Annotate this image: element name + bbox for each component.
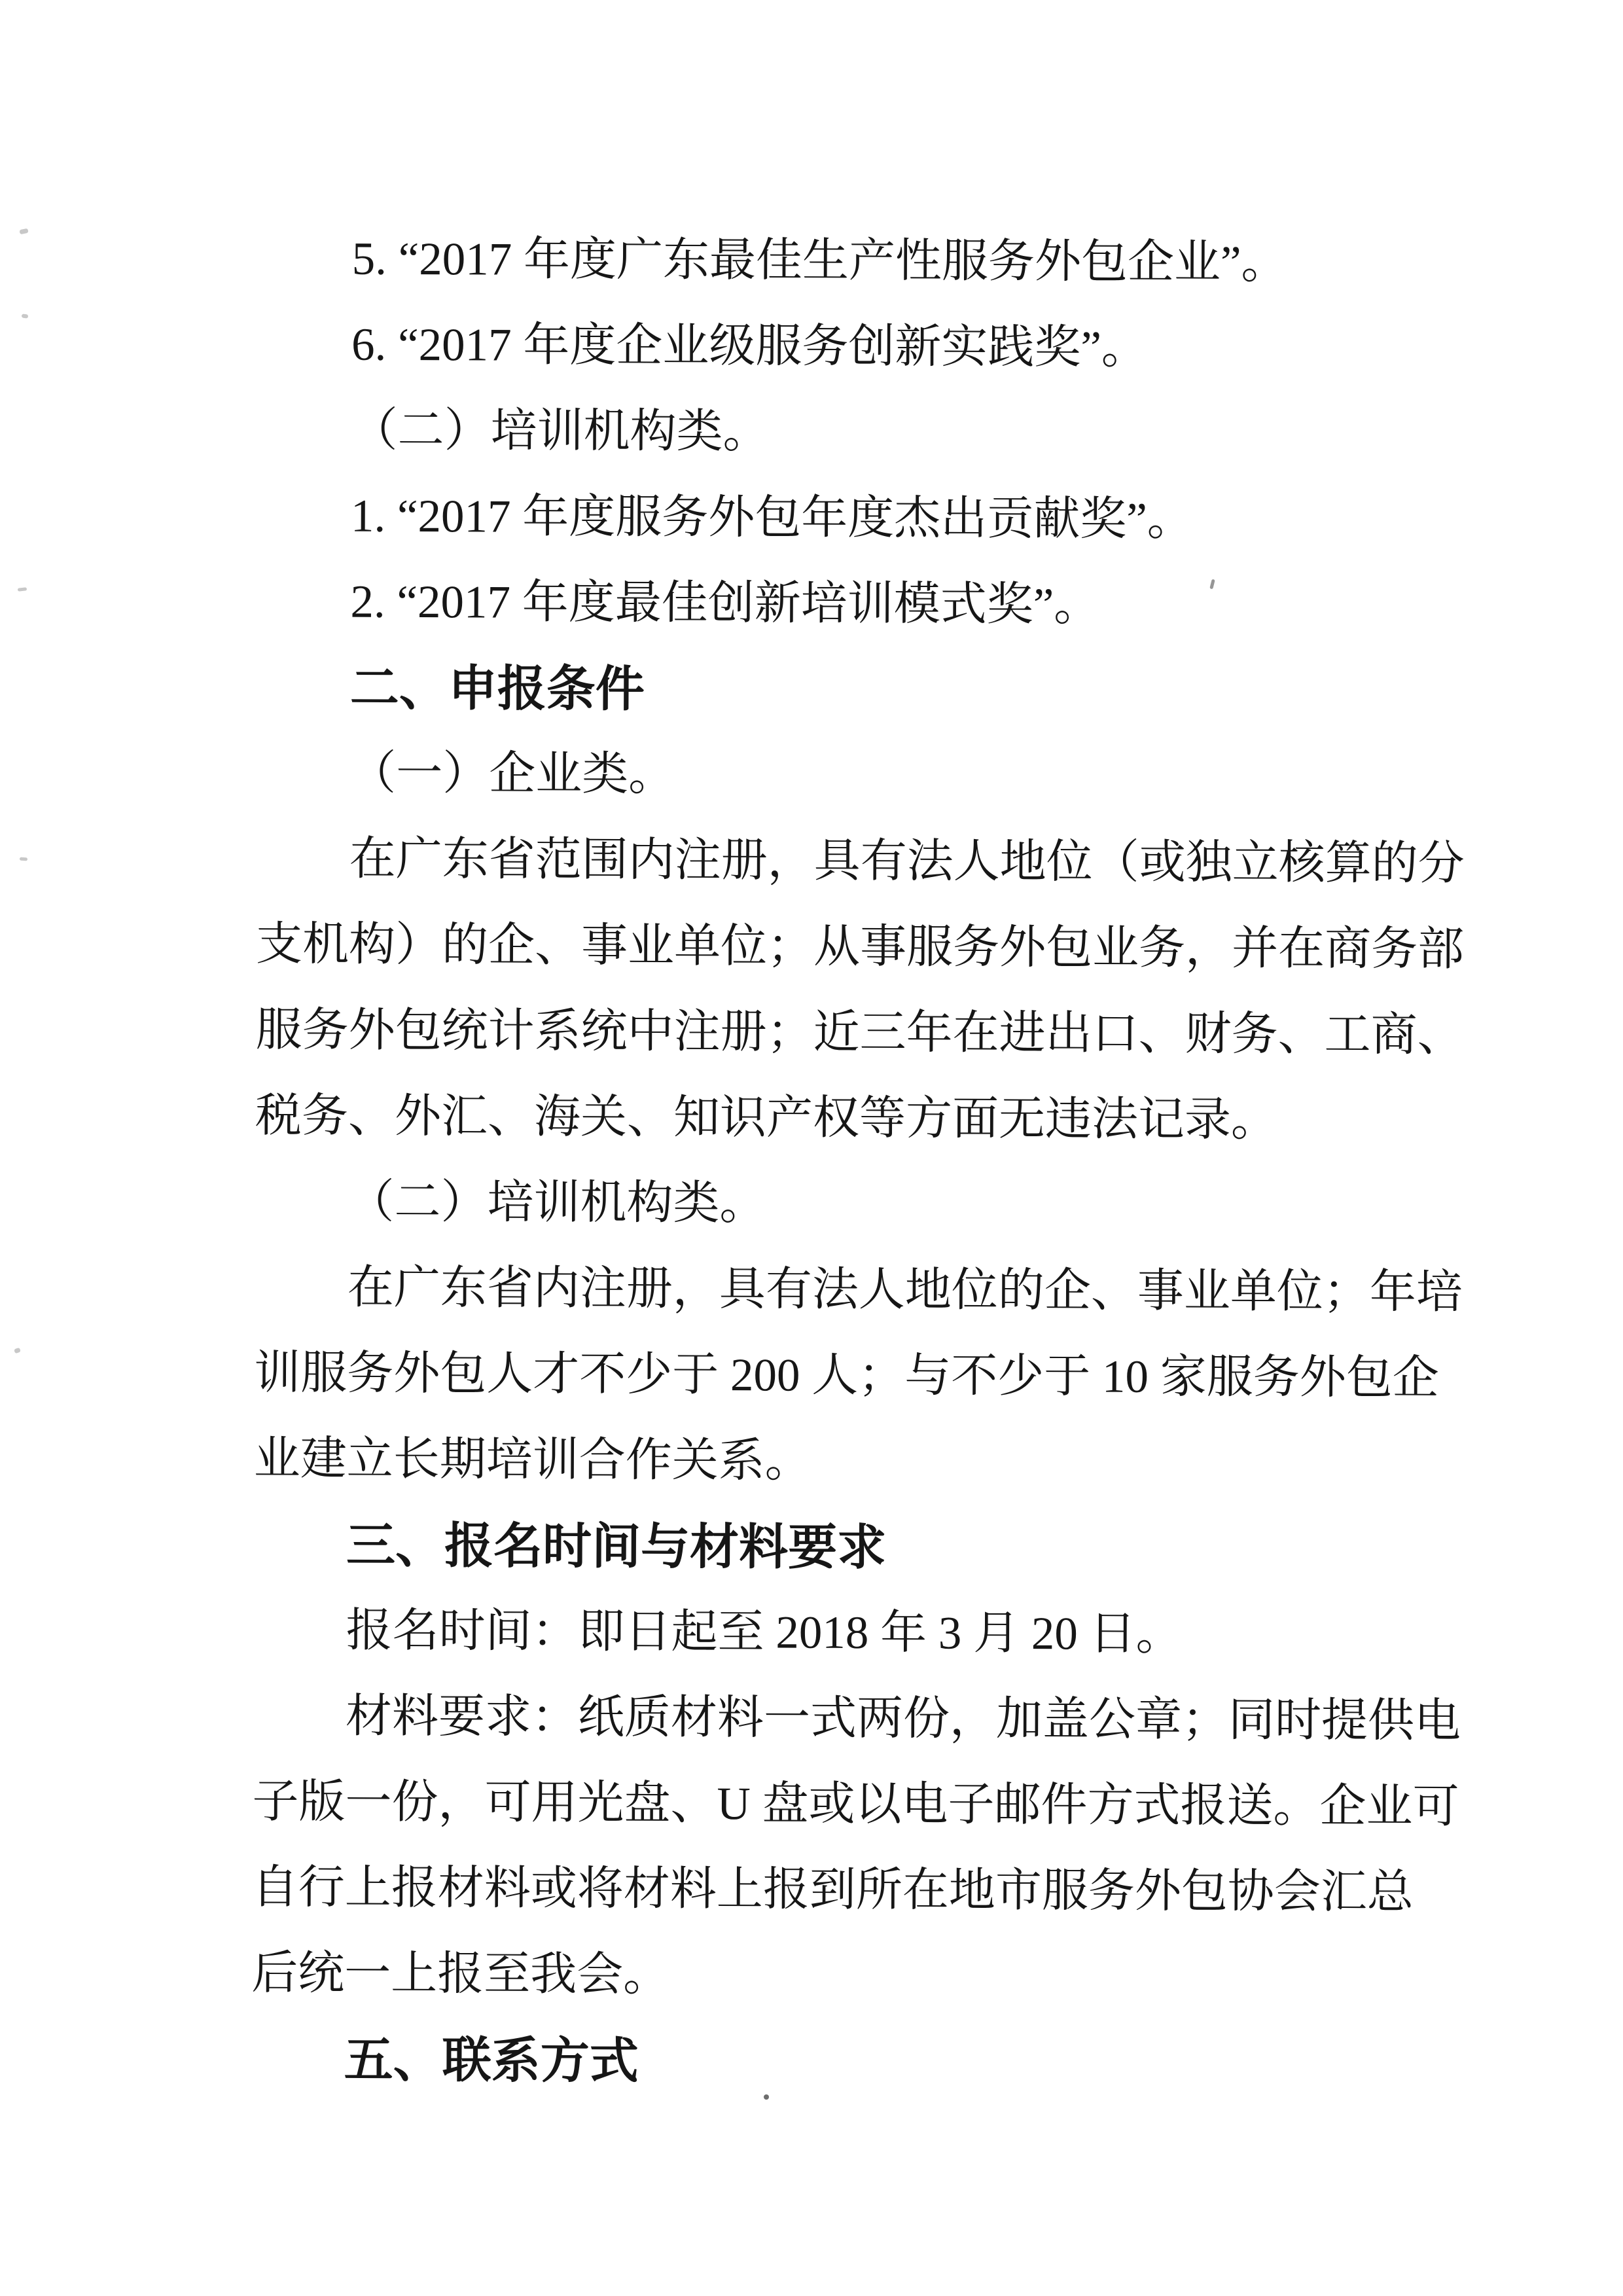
- text-line: 三、报名时间与材料要求: [253, 1502, 1406, 1593]
- text-line: 服务外包统计系统中注册；近三年在进出口、财务、工商、: [255, 988, 1408, 1079]
- text-line: （一）企业类。: [257, 730, 1409, 821]
- text-line: 训服务外包人才不少于 200 人；与不少于 10 家服务外包企: [254, 1331, 1406, 1422]
- text-line: 后统一上报至我会。: [251, 1931, 1404, 2022]
- scan-artifact: [20, 857, 27, 861]
- scan-artifact: [14, 1348, 21, 1354]
- text-line: 自行上报材料或将材料上报到所在地市服务外包协会汇总: [252, 1845, 1404, 1936]
- text-line: 税务、外汇、海关、知识产权等方面无违法记录。: [255, 1073, 1408, 1164]
- text-line: 五、联系方式: [251, 2017, 1403, 2108]
- text-line: 在广东省内注册，具有法人地位的企、事业单位；年培: [255, 1245, 1407, 1336]
- text-line: 二、申报条件: [257, 645, 1410, 736]
- text-line: 业建立长期培训合作关系。: [253, 1416, 1406, 1507]
- scan-artifact: [19, 228, 28, 235]
- scan-artifact: [18, 587, 27, 591]
- text-line: 支机构）的企、事业单位；从事服务外包业务，并在商务部: [256, 902, 1408, 993]
- scan-artifact: [22, 314, 29, 318]
- text-line: 5. “2017 年度广东最佳生产性服务外包企业”。: [259, 216, 1411, 307]
- text-line: （二）培训机构类。: [258, 387, 1410, 478]
- document-body: 5. “2017 年度广东最佳生产性服务外包企业”。6. “2017 年度企业级…: [251, 216, 1411, 2108]
- text-line: 6. “2017 年度企业级服务创新实践奖”。: [259, 302, 1411, 393]
- scan-artifact: [764, 2094, 769, 2100]
- text-line: 2. “2017 年度最佳创新培训模式奖”。: [257, 559, 1410, 650]
- text-line: 1. “2017 年度服务外包年度杰出贡献奖”。: [258, 473, 1410, 564]
- text-line: 材料要求：纸质材料一式两份，加盖公章；同时提供电: [253, 1674, 1405, 1765]
- text-line: 子版一份，可用光盘、U 盘或以电子邮件方式报送。企业可: [252, 1759, 1404, 1850]
- document-page: 5. “2017 年度广东最佳生产性服务外包企业”。6. “2017 年度企业级…: [0, 0, 1623, 2296]
- text-line: 在广东省范围内注册，具有法人地位（或独立核算的分: [256, 816, 1408, 907]
- text-line: （二）培训机构类。: [255, 1159, 1407, 1250]
- text-line: 报名时间：即日起至 2018 年 3 月 20 日。: [253, 1588, 1405, 1679]
